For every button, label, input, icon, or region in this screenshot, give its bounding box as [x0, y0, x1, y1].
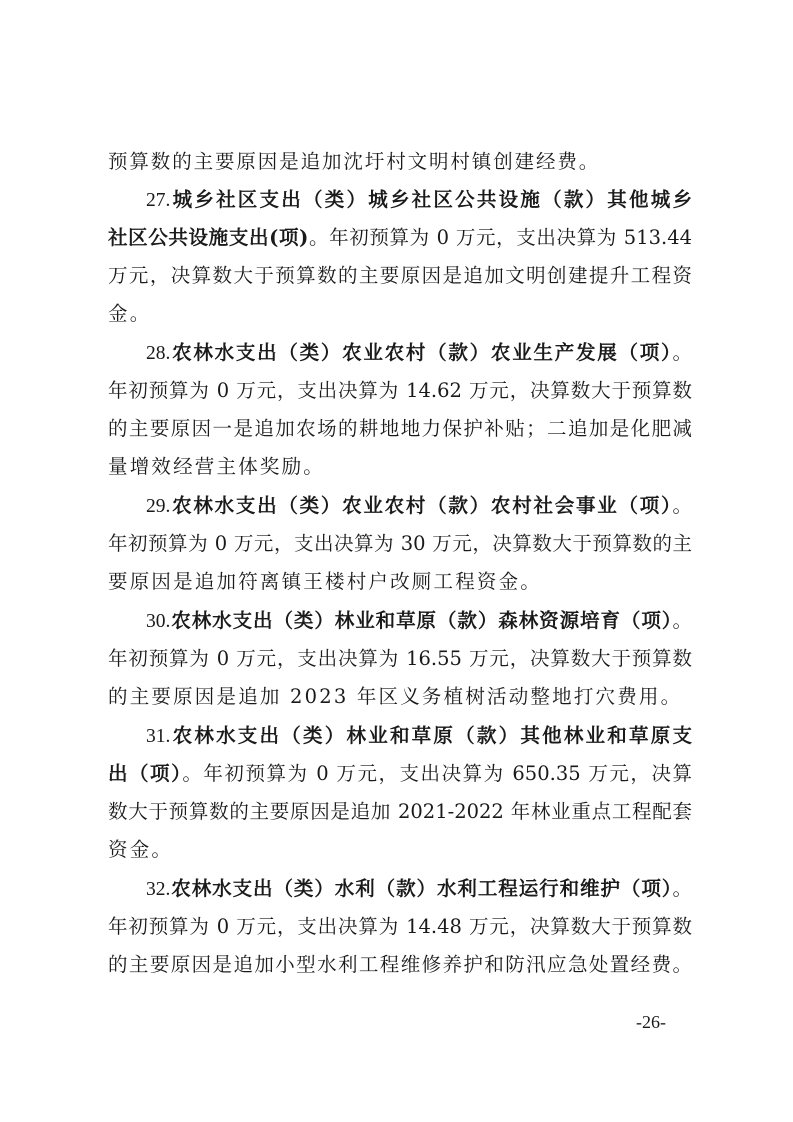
item-number: 30. [146, 611, 170, 632]
item-28-line2: 年初预算为 0 万元，支出决算为 14.62 万元，决算数大于预算数 [108, 376, 692, 406]
page-number: -26- [636, 1012, 666, 1033]
item-27-line4: 金。 [108, 299, 692, 329]
item-27-line3: 万元，决算数大于预算数的主要原因是追加文明创建提升工程资 [108, 261, 692, 291]
item-28-heading: 28.农林水支出（类）农业农村（款）农业生产发展（项）。 [146, 338, 692, 368]
item-31-line2: 出（项）。年初预算为 0 万元，支出决算为 650.35 万元，决算 [108, 759, 692, 789]
item-32-line2: 年初预算为 0 万元，支出决算为 14.48 万元，决算数大于预算数 [108, 912, 692, 942]
item-31-heading: 31.农林水支出（类）林业和草原（款）其他林业和草原支 [146, 721, 692, 751]
item-number: 31. [146, 726, 170, 747]
item-30-heading: 30.农林水支出（类）林业和草原（款）森林资源培育（项）。 [146, 606, 692, 636]
item-heading: 农林水支出（类）林业和草原（款）其他林业和草原支 [170, 724, 692, 747]
item-heading: 农林水支出（类）林业和草原（款）森林资源培育（项） [170, 609, 672, 632]
item-heading-tail: 。 [672, 494, 692, 517]
item-28-line4: 量增效经营主体奖励。 [108, 452, 692, 482]
item-27-line2: 社区公共设施支出(项)。年初预算为 0 万元，支出决算为 513.44 [108, 223, 692, 253]
item-number: 29. [146, 496, 170, 517]
item-heading-tail: 。 [672, 609, 692, 632]
item-30-line3: 的主要原因是追加 2023 年区义务植树活动整地打穴费用。 [108, 682, 692, 712]
item-text: 。年初预算为 0 万元，支出决算为 513.44 [308, 226, 692, 249]
continuation-text: 预算数的主要原因是追加沈圩村文明村镇创建经费。 [108, 147, 692, 177]
item-heading: 社区公共设施支出(项) [108, 226, 308, 249]
item-31-line3: 数大于预算数的主要原因是追加 2021-2022 年林业重点工程配套 [108, 797, 692, 827]
item-heading-tail: 。 [672, 341, 692, 364]
item-32-heading: 32.农林水支出（类）水利（款）水利工程运行和维护（项）。 [146, 874, 692, 904]
item-heading: 农林水支出（类）农业农村（款）农业生产发展（项） [170, 341, 672, 364]
item-heading-tail: 。 [672, 877, 692, 900]
item-text: 。年初预算为 0 万元，支出决算为 650.35 万元，决算 [182, 762, 692, 785]
item-number: 28. [146, 343, 170, 364]
item-heading: 城乡社区支出（类）城乡社区公共设施（款）其他城乡 [170, 188, 692, 211]
item-29-line2: 年初预算为 0 万元，支出决算为 30 万元，决算数大于预算数的主 [108, 529, 692, 559]
item-27-heading: 27.城乡社区支出（类）城乡社区公共设施（款）其他城乡 [146, 185, 692, 215]
item-29-line3: 要原因是追加符离镇王楼村户改厕工程资金。 [108, 567, 692, 597]
item-32-line3: 的主要原因是追加小型水利工程维修养护和防汛应急处置经费。 [108, 950, 692, 980]
item-heading: 农林水支出（类）水利（款）水利工程运行和维护（项） [170, 877, 672, 900]
item-30-line2: 年初预算为 0 万元，支出决算为 16.55 万元，决算数大于预算数 [108, 644, 692, 674]
item-heading: 农林水支出（类）农业农村（款）农村社会事业（项） [170, 494, 672, 517]
item-number: 32. [146, 879, 170, 900]
item-29-heading: 29.农林水支出（类）农业农村（款）农村社会事业（项）。 [146, 491, 692, 521]
document-page: 预算数的主要原因是追加沈圩村文明村镇创建经费。 27.城乡社区支出（类）城乡社区… [0, 0, 793, 1122]
item-number: 27. [146, 190, 170, 211]
item-heading: 出（项） [108, 762, 182, 785]
item-28-line3: 的主要原因一是追加农场的耕地地力保护补贴；二追加是化肥减 [108, 414, 692, 444]
item-31-line4: 资金。 [108, 835, 692, 865]
